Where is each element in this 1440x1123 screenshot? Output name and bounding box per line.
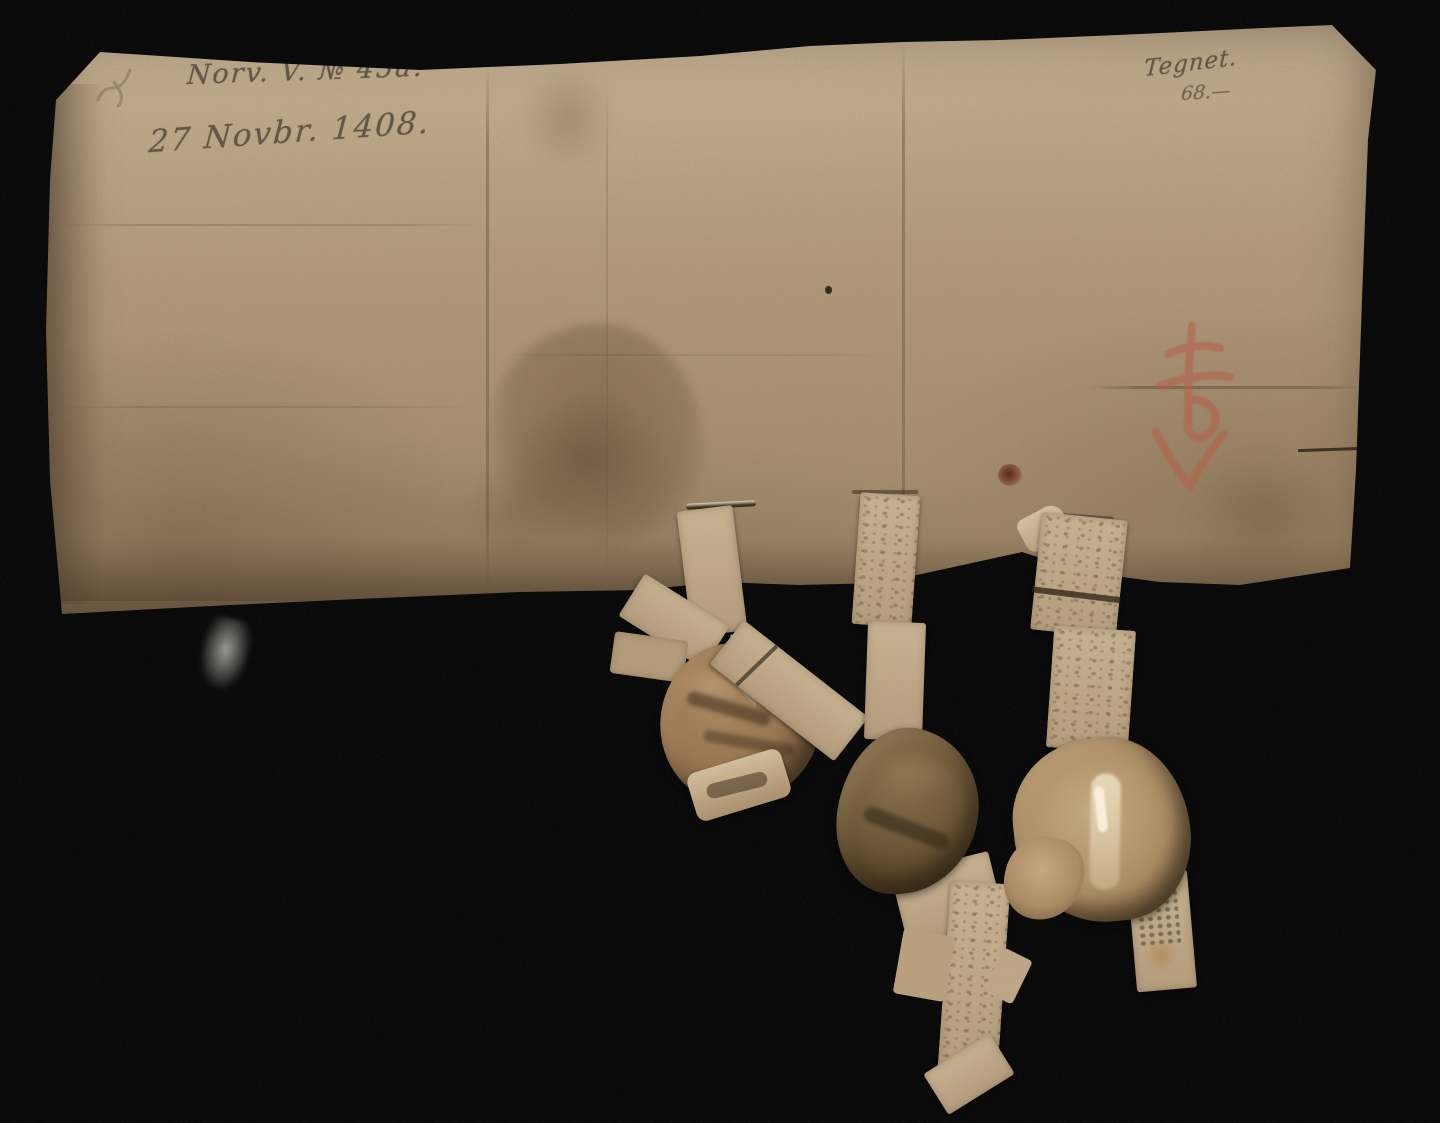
seal-right-tag-dark-band	[1032, 586, 1122, 603]
seal-left-wax-groove	[703, 729, 796, 757]
lint-fuzz	[195, 614, 255, 692]
seal-middle-wax-groove	[862, 804, 952, 851]
photo-canvas: Norv. V. № 45a. 27 Novbr. 1408. Tegnet. …	[0, 0, 1440, 1123]
seal-middle-wax-highlight	[871, 743, 958, 805]
inscription-note-line2: 68.—	[1180, 80, 1231, 106]
seal-right-tag-strip-lower	[1046, 625, 1136, 752]
seal-right-tag-strip	[1030, 512, 1128, 638]
seal-left-tag-crack	[735, 645, 778, 687]
seal-middle-tag-strip	[851, 492, 920, 628]
seal-left-tag-curl-shadow	[705, 770, 769, 800]
faint-ink-mark	[90, 56, 160, 112]
seal-middle-tag-tail-fold	[923, 1033, 1015, 1115]
seal-right-wax-lobe	[997, 829, 1091, 927]
seal-right-tag-tail-tinge	[1143, 937, 1180, 974]
red-chalk-mark	[1140, 320, 1240, 492]
seal-middle-tag-strip-lower	[864, 621, 926, 741]
